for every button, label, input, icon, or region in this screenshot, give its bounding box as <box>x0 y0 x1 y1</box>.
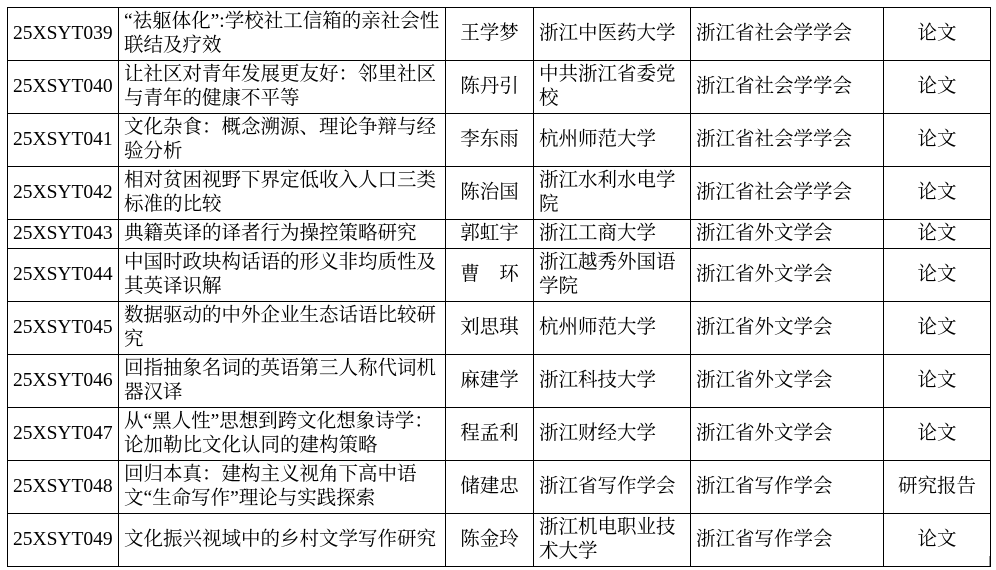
cell-result-type: 论文 <box>884 61 991 114</box>
table-row: 25XSYT047从“黑人性”思想到跨文化想象诗学：论加勒比文化认同的建构策略程… <box>8 408 991 461</box>
cell-project-title: 典籍英译的译者行为操控策略研究 <box>119 220 446 249</box>
cell-result-type: 论文 <box>884 114 991 167</box>
table-row: 25XSYT042相对贫困视野下界定低收入人口三类标准的比较陈治国浙江水利水电学… <box>8 167 991 220</box>
cell-society: 浙江省外文学会 <box>691 249 884 302</box>
cell-project-id: 25XSYT047 <box>8 408 119 461</box>
cell-project-title: 回归本真：建构主义视角下高中语文“生命写作”理论与实践探索 <box>119 461 446 514</box>
table-row: 25XSYT046回指抽象名词的英语第三人称代词机器汉译麻建学浙江科技大学浙江省… <box>8 355 991 408</box>
project-approval-table: 25XSYT039“祛躯体化”:学校社工信箱的亲社会性联结及疗效王学梦浙江中医药… <box>7 7 991 567</box>
table-row: 25XSYT039“祛躯体化”:学校社工信箱的亲社会性联结及疗效王学梦浙江中医药… <box>8 8 991 61</box>
cell-project-title: 相对贫困视野下界定低收入人口三类标准的比较 <box>119 167 446 220</box>
cell-project-id: 25XSYT049 <box>8 514 119 567</box>
table-row: 25XSYT049文化振兴视域中的乡村文学写作研究陈金玲浙江机电职业技术大学浙江… <box>8 514 991 567</box>
cell-society: 浙江省外文学会 <box>691 220 884 249</box>
cell-institution: 浙江科技大学 <box>534 355 691 408</box>
cell-project-id: 25XSYT045 <box>8 302 119 355</box>
cell-institution: 浙江越秀外国语学院 <box>534 249 691 302</box>
cell-society: 浙江省外文学会 <box>691 302 884 355</box>
cell-project-id: 25XSYT042 <box>8 167 119 220</box>
table-body: 25XSYT039“祛躯体化”:学校社工信箱的亲社会性联结及疗效王学梦浙江中医药… <box>8 8 991 567</box>
cell-author-name: 程孟利 <box>446 408 534 461</box>
cell-institution: 杭州师范大学 <box>534 302 691 355</box>
cell-project-title: 数据驱动的中外企业生态话语比较研究 <box>119 302 446 355</box>
cell-society: 浙江省外文学会 <box>691 408 884 461</box>
cell-society: 浙江省社会学学会 <box>691 61 884 114</box>
table-row: 25XSYT041文化杂食：概念溯源、理论争辩与经验分析李东雨杭州师范大学浙江省… <box>8 114 991 167</box>
cell-author-name: 陈治国 <box>446 167 534 220</box>
cell-author-name: 陈丹引 <box>446 61 534 114</box>
cell-result-type: 论文 <box>884 220 991 249</box>
cell-project-id: 25XSYT040 <box>8 61 119 114</box>
cell-project-title: 让社区对青年发展更友好：邻里社区与青年的健康不平等 <box>119 61 446 114</box>
cell-project-title: 中国时政块构话语的形义非均质性及其英译识解 <box>119 249 446 302</box>
table-row: 25XSYT045数据驱动的中外企业生态话语比较研究刘思琪杭州师范大学浙江省外文… <box>8 302 991 355</box>
cell-result-type: 论文 <box>884 249 991 302</box>
cell-author-name: 李东雨 <box>446 114 534 167</box>
table-row: 25XSYT048回归本真：建构主义视角下高中语文“生命写作”理论与实践探索储建… <box>8 461 991 514</box>
cell-project-title: “祛躯体化”:学校社工信箱的亲社会性联结及疗效 <box>119 8 446 61</box>
cell-institution: 浙江机电职业技术大学 <box>534 514 691 567</box>
cell-result-type: 研究报告 <box>884 461 991 514</box>
cell-project-id: 25XSYT044 <box>8 249 119 302</box>
document-page: 25XSYT039“祛躯体化”:学校社工信箱的亲社会性联结及疗效王学梦浙江中医药… <box>0 0 996 570</box>
cell-institution: 浙江财经大学 <box>534 408 691 461</box>
cell-institution: 浙江水利水电学院 <box>534 167 691 220</box>
cell-institution: 浙江工商大学 <box>534 220 691 249</box>
cell-author-name: 郭虹宇 <box>446 220 534 249</box>
cell-result-type: 论文 <box>884 514 991 567</box>
cell-project-id: 25XSYT046 <box>8 355 119 408</box>
cell-result-type: 论文 <box>884 408 991 461</box>
cell-author-name: 陈金玲 <box>446 514 534 567</box>
cell-project-title: 从“黑人性”思想到跨文化想象诗学：论加勒比文化认同的建构策略 <box>119 408 446 461</box>
cell-institution: 杭州师范大学 <box>534 114 691 167</box>
border-artifact <box>989 556 990 566</box>
cell-society: 浙江省社会学学会 <box>691 114 884 167</box>
cell-author-name: 麻建学 <box>446 355 534 408</box>
cell-project-id: 25XSYT039 <box>8 8 119 61</box>
cell-institution: 浙江中医药大学 <box>534 8 691 61</box>
cell-project-title: 文化振兴视域中的乡村文学写作研究 <box>119 514 446 567</box>
cell-institution: 浙江省写作学会 <box>534 461 691 514</box>
table-row: 25XSYT040让社区对青年发展更友好：邻里社区与青年的健康不平等陈丹引中共浙… <box>8 61 991 114</box>
cell-result-type: 论文 <box>884 355 991 408</box>
cell-author-name: 储建忠 <box>446 461 534 514</box>
cell-society: 浙江省外文学会 <box>691 355 884 408</box>
cell-project-id: 25XSYT048 <box>8 461 119 514</box>
cell-result-type: 论文 <box>884 8 991 61</box>
cell-author-name: 曹 环 <box>446 249 534 302</box>
table-row: 25XSYT043典籍英译的译者行为操控策略研究郭虹宇浙江工商大学浙江省外文学会… <box>8 220 991 249</box>
cell-society: 浙江省社会学学会 <box>691 167 884 220</box>
cell-project-title: 回指抽象名词的英语第三人称代词机器汉译 <box>119 355 446 408</box>
cell-society: 浙江省写作学会 <box>691 461 884 514</box>
cell-project-title: 文化杂食：概念溯源、理论争辩与经验分析 <box>119 114 446 167</box>
cell-result-type: 论文 <box>884 167 991 220</box>
cell-project-id: 25XSYT041 <box>8 114 119 167</box>
cell-author-name: 刘思琪 <box>446 302 534 355</box>
cell-society: 浙江省写作学会 <box>691 514 884 567</box>
cell-institution: 中共浙江省委党校 <box>534 61 691 114</box>
cell-author-name: 王学梦 <box>446 8 534 61</box>
cell-project-id: 25XSYT043 <box>8 220 119 249</box>
table-row: 25XSYT044中国时政块构话语的形义非均质性及其英译识解曹 环浙江越秀外国语… <box>8 249 991 302</box>
cell-society: 浙江省社会学学会 <box>691 8 884 61</box>
cell-result-type: 论文 <box>884 302 991 355</box>
